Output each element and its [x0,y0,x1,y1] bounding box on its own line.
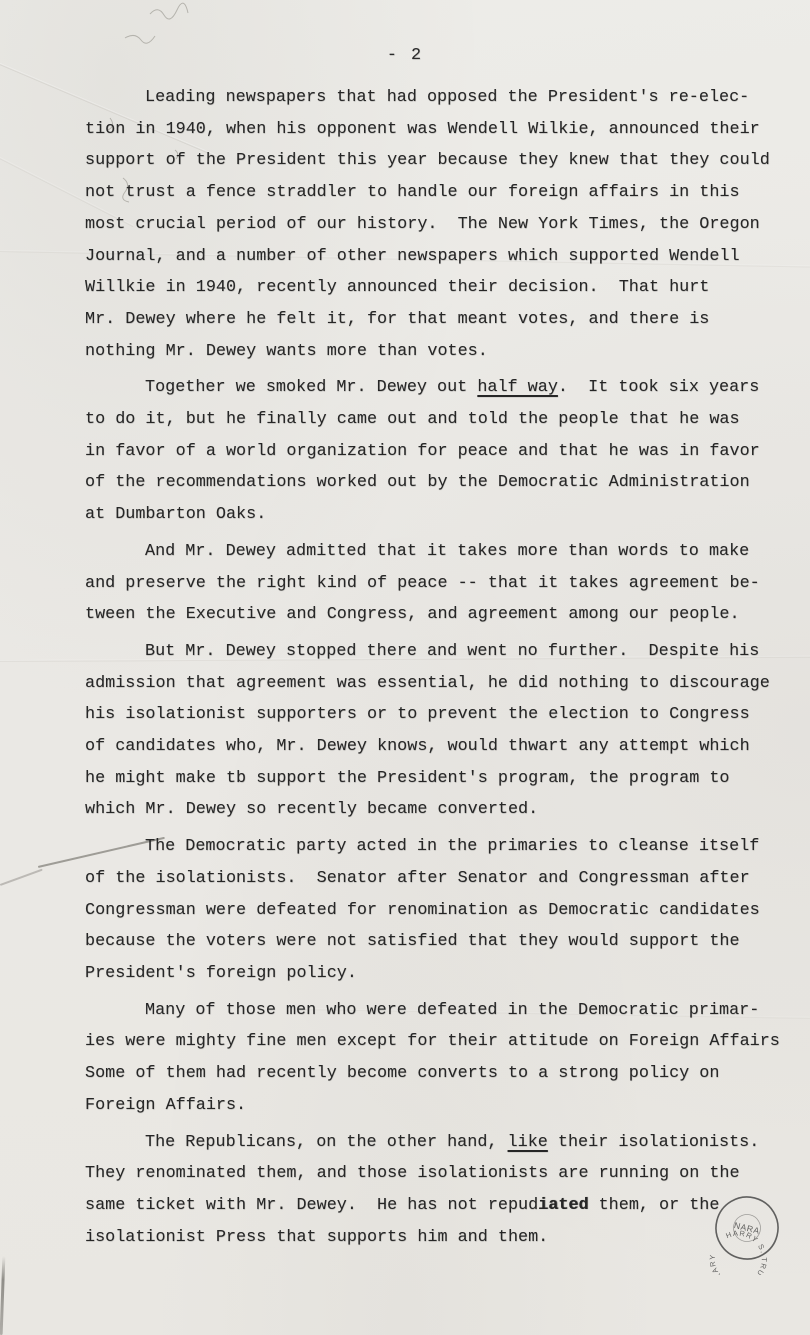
paragraph: Leading newspapers that had opposed the … [85,82,805,367]
text-line: isolationist Press that supports him and… [85,1222,805,1254]
text-line: They renominated them, and those isolati… [85,1158,805,1190]
pencil-mark [0,869,43,886]
text-line: nothing Mr. Dewey wants more than votes. [85,336,805,368]
document-body: Leading newspapers that had opposed the … [85,82,805,1253]
text-line: But Mr. Dewey stopped there and went no … [85,636,805,668]
text-line: of candidates who, Mr. Dewey knows, woul… [85,731,805,763]
text-line: to do it, but he finally came out and to… [85,404,805,436]
text-line: not trust a fence straddler to handle ou… [85,177,805,209]
text-line: Willkie in 1940, recently announced thei… [85,272,805,304]
text-line: of the isolationists. Senator after Sena… [85,863,805,895]
bold-overstrike: iated [538,1196,588,1215]
paragraph: But Mr. Dewey stopped there and went no … [85,636,805,826]
text-line: Together we smoked Mr. Dewey out half wa… [85,372,805,404]
text-line: because the voters were not satisfied th… [85,926,805,958]
paragraph: The Republicans, on the other hand, like… [85,1127,805,1254]
text-line: he might make tb support the President's… [85,763,805,795]
text-line: at Dumbarton Oaks. [85,499,805,531]
text-line: tween the Executive and Congress, and ag… [85,599,805,631]
text-line: of the recommendations worked out by the… [85,467,805,499]
text-segment: same ticket with Mr. Dewey. He has not r… [85,1196,538,1215]
paragraph: Together we smoked Mr. Dewey out half wa… [85,372,805,531]
paragraph: Many of those men who were defeated in t… [85,995,805,1122]
text-line: Some of them had recently become convert… [85,1058,805,1090]
text-segment: their isolationists. [548,1133,759,1152]
page-number: - 2 [0,46,810,65]
text-line: most crucial period of our history. The … [85,209,805,241]
underlined-text: half way [477,378,558,397]
text-segment: The Republicans, on the other hand, [145,1133,508,1152]
text-line: Foreign Affairs. [85,1090,805,1122]
text-segment: Together we smoked Mr. Dewey out [145,378,477,397]
text-line: his isolationist supporters or to preven… [85,699,805,731]
text-line: in favor of a world organization for pea… [85,436,805,468]
text-line: President's foreign policy. [85,958,805,990]
text-line: Journal, and a number of other newspaper… [85,241,805,273]
text-line: and preserve the right kind of peace -- … [85,568,805,600]
paper-edge-shadow [0,1256,5,1335]
text-line: tion in 1940, when his opponent was Wend… [85,114,805,146]
text-line: The Republicans, on the other hand, like… [85,1127,805,1159]
text-line: Mr. Dewey where he felt it, for that mea… [85,304,805,336]
text-line: Many of those men who were defeated in t… [85,995,805,1027]
text-line: The Democratic party acted in the primar… [85,831,805,863]
text-line: admission that agreement was essential, … [85,668,805,700]
paragraph: And Mr. Dewey admitted that it takes mor… [85,536,805,631]
text-line: support of the President this year becau… [85,145,805,177]
text-line: Congressman were defeated for renominati… [85,895,805,927]
text-line: which Mr. Dewey so recently became conve… [85,794,805,826]
text-line: ies were mighty fine men except for thei… [85,1026,805,1058]
truman-library-stamp: HARRY S. TRUMAN LIBRARY NARA [700,1181,794,1275]
text-line: Leading newspapers that had opposed the … [85,82,805,114]
paragraph: The Democratic party acted in the primar… [85,831,805,990]
underlined-text: like [508,1133,548,1152]
text-line: same ticket with Mr. Dewey. He has not r… [85,1190,805,1222]
text-line: And Mr. Dewey admitted that it takes mor… [85,536,805,568]
document-page: - 2 Leading newspapers that had opposed … [0,0,810,1335]
text-segment: . It took six years [558,378,759,397]
